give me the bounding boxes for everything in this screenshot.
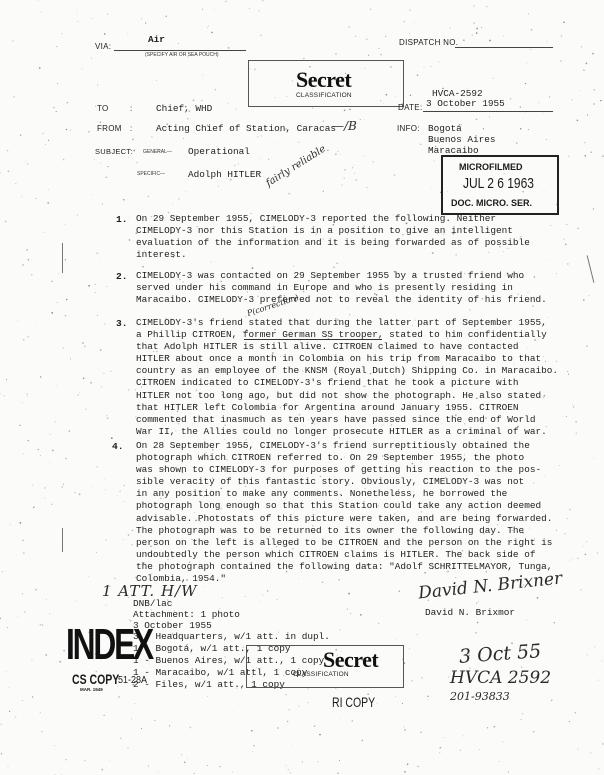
- specific-label: SPECIFIC—: [137, 171, 165, 177]
- paragraph-line: interest.: [136, 249, 566, 261]
- date-rule: [423, 111, 553, 112]
- microfilmed-date: JUL 2 6 1963: [463, 175, 534, 192]
- from-label: FROM: [97, 124, 122, 133]
- paragraph-line: CIMELODY-3 nor this Station is in a posi…: [136, 225, 566, 237]
- handwritten-underline: [244, 339, 382, 340]
- paragraph-line: On 29 September 1955, CIMELODY-3 reporte…: [136, 213, 566, 225]
- via-hint: (SPECIFY AIR OR SEA POUCH): [145, 52, 219, 58]
- paragraph-line: CIMELODY-3's friend stated that during t…: [136, 317, 566, 329]
- info-label: INFO:: [397, 124, 420, 133]
- paragraph-line: CIMELODY-3 was contacted on 29 September…: [136, 270, 566, 282]
- cs-copy-code: 51-28A: [118, 675, 147, 686]
- paragraph-line: evaluation of the information and it is …: [136, 237, 566, 249]
- classification-word: Secret: [296, 67, 351, 93]
- subject-general: Operational: [188, 146, 250, 158]
- classification-word-bottom: Secret: [323, 647, 378, 673]
- paragraph-3: CIMELODY-3's friend stated that during t…: [136, 317, 566, 438]
- paragraph-number-4: 4.: [112, 441, 124, 452]
- distribution-item: 3 - Headquarters, w/1 att. in dupl.: [133, 631, 330, 643]
- paragraph-number-2: 2.: [116, 271, 128, 282]
- paragraph-1: On 29 September 1955, CIMELODY-3 reporte…: [136, 213, 566, 261]
- paragraph-line: country as an employee of the KNSM (Roya…: [136, 365, 566, 377]
- paragraph-line: that Adolph HITLER is still alive. CITRO…: [136, 341, 566, 353]
- paragraph-line: Maracaibo. CIMELODY-3 preferred not to r…: [136, 294, 566, 306]
- paragraph-line: served under his command in Europe and w…: [136, 282, 566, 294]
- paragraph-line: undoubtedly the person which CITROEN cla…: [136, 549, 566, 561]
- via-value: Air: [148, 34, 165, 46]
- paragraph-line: CITROEN indicated to CIMELODY-3's friend…: [136, 377, 566, 389]
- general-label: GENERAL—: [143, 149, 172, 155]
- paragraph-2: CIMELODY-3 was contacted on 29 September…: [136, 270, 566, 306]
- paragraph-line: HITLER not too long ago, but did not sho…: [136, 390, 566, 402]
- from-colon: :: [130, 124, 133, 133]
- paragraph-number-3: 3.: [116, 318, 128, 329]
- handwritten-file-date: 3 Oct 55: [458, 640, 542, 668]
- paragraph-line: photograph long enough so that this Stat…: [136, 500, 566, 512]
- to-value: Chief, WHD: [156, 103, 212, 115]
- paragraph-line: War II, the Allies could no longer prose…: [136, 426, 566, 438]
- paragraph-line: advisable. Photostats of this picture we…: [136, 513, 566, 525]
- handwritten-file-number: 201-93833: [450, 690, 510, 703]
- to-label: TO: [97, 104, 109, 113]
- paragraph-line: that HITLER left Colombia for Argentina …: [136, 402, 566, 414]
- margin-mark: [62, 528, 63, 552]
- from-annotation: —/B: [332, 119, 357, 133]
- date-label: DATE:: [398, 103, 422, 112]
- margin-mark: [587, 255, 595, 282]
- paragraph-4: On 28 September 1955, CIMELODY-3's frien…: [136, 440, 566, 585]
- paragraph-line: sible veracity of this fantastic story. …: [136, 476, 566, 488]
- classification-label-bottom: CLASSIFICATION: [293, 671, 349, 678]
- paragraph-line: photograph which CITROEN referred to. On…: [136, 452, 566, 464]
- date-value: 3 October 1955: [426, 98, 505, 110]
- ri-copy-stamp: RI COPY: [332, 694, 375, 710]
- cs-copy-date: MAR. 1949: [80, 687, 103, 692]
- handwritten-margin-note: fairly reliable: [264, 144, 328, 189]
- paragraph-line: On 28 September 1955, CIMELODY-3's frien…: [136, 440, 566, 452]
- via-rule: [114, 50, 246, 51]
- microfilmed-footer: DOC. MICRO. SER.: [451, 198, 532, 208]
- dispatch-label: DISPATCH NO.: [399, 38, 458, 47]
- paragraph-line: The photograph was to be returned to its…: [136, 525, 566, 537]
- paragraph-line: commented that inasmuch as ten years hav…: [136, 414, 566, 426]
- from-value: Acting Chief of Station, Caracas: [156, 123, 336, 135]
- classification-box-bottom: Secret CLASSIFICATION: [246, 645, 404, 688]
- to-colon: :: [130, 104, 133, 113]
- margin-mark: [62, 243, 63, 273]
- paragraph-number-1: 1.: [116, 214, 128, 225]
- paragraph-line: HITLER about once a month in Colombia on…: [136, 353, 566, 365]
- paragraph-line: the photograph contained the following d…: [136, 561, 566, 573]
- via-label: VIA:: [95, 42, 111, 51]
- paragraph-line: person on the left is alleged to be CITR…: [136, 537, 566, 549]
- classification-box-top: Secret CLASSIFICATION: [248, 60, 404, 107]
- microfilmed-stamp: MICROFILMED JUL 2 6 1963 DOC. MICRO. SER…: [441, 155, 559, 215]
- signer-typed-name: David N. Brixmor: [425, 607, 515, 619]
- paragraph-line: in any position to make any comments. No…: [136, 488, 566, 500]
- paragraph-line: was shown to CIMELODY-3 for purposes of …: [136, 464, 566, 476]
- dispatch-rule: [455, 47, 553, 48]
- subject-label: SUBJECT:: [95, 147, 133, 156]
- classification-label: CLASSIFICATION: [296, 92, 352, 99]
- microfilmed-title: MICROFILMED: [459, 162, 523, 172]
- cs-copy-stamp: CS COPY: [72, 671, 119, 687]
- handwritten-file-dispatch: HVCA 2592: [450, 668, 551, 688]
- index-stamp: INDEX: [66, 620, 152, 670]
- subject-specific: Adolph HITLER: [188, 169, 261, 181]
